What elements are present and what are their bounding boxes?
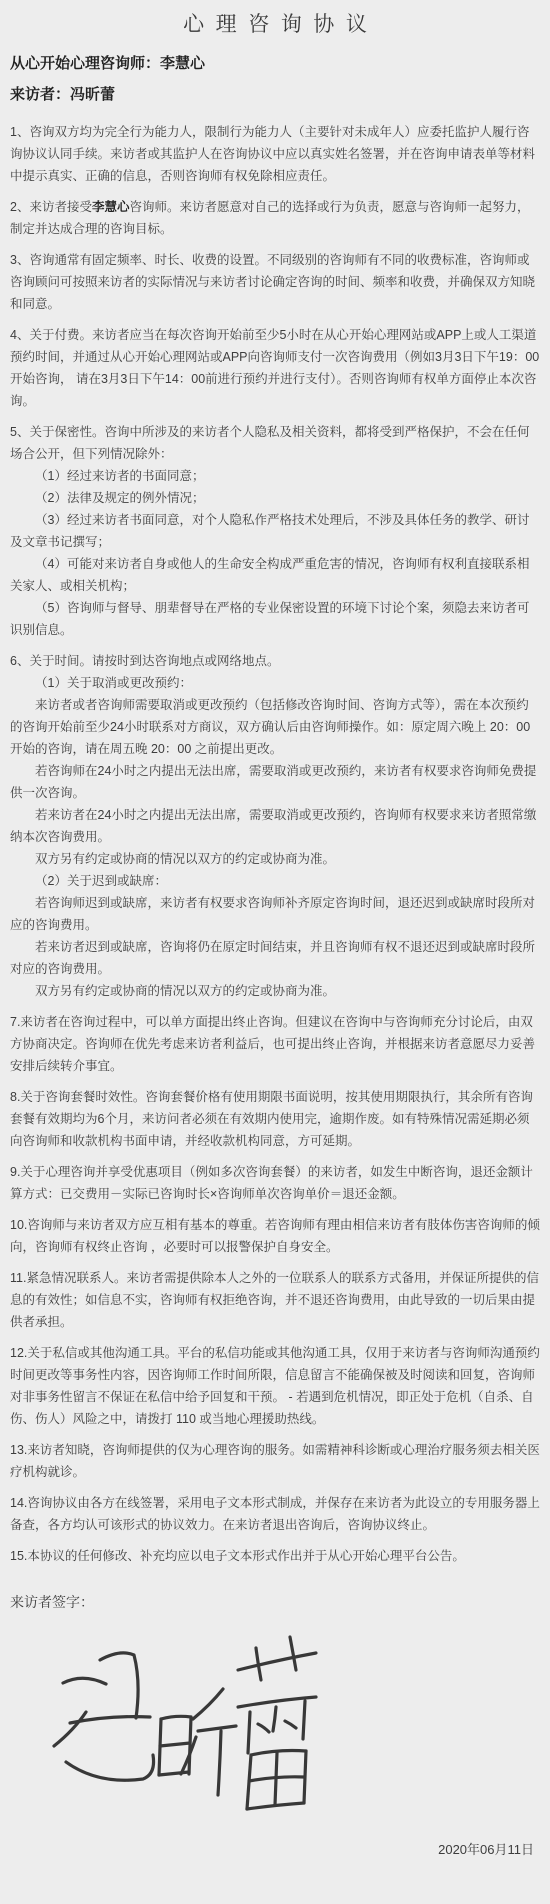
clause-6-sub-2-title: （2）关于迟到或缺席： bbox=[10, 870, 540, 892]
clause-6-sub-2-para-3: 双方另有约定或协商的情况以双方的约定或协商为准。 bbox=[10, 980, 540, 1002]
clause-6-sub-1-para-3: 若来访者在24小时之内提出无法出席，需要取消或更改预约，咨询师有权要求来访者照常… bbox=[10, 804, 540, 848]
clause-5: 5、关于保密性。咨询中所涉及的来访者个人隐私及相关资料，都将受到严格保护，不会在… bbox=[10, 421, 540, 641]
counselor-name-bold: 李慧心 bbox=[92, 200, 130, 214]
clause-6-sub-2-para-2: 若来访者迟到或缺席，咨询将仍在原定时间结束，并且咨询师有权不退还迟到或缺席时段所… bbox=[10, 936, 540, 980]
clause-8: 8.关于咨询套餐时效性。咨询套餐价格有使用期限书面说明，按其使用期限执行，其余所… bbox=[10, 1086, 540, 1152]
clause-2: 2、来访者接受李慧心咨询师。来访者愿意对自己的选择或行为负责，愿意与咨询师一起努… bbox=[10, 196, 540, 240]
clause-14-text: 14.咨询协议由各方在线签署，采用电子文本形式制成，并保存在来访者为此设立的专用… bbox=[10, 1492, 540, 1536]
clause-6-sub-1-para-4: 双方另有约定或协商的情况以双方的约定或协商为准。 bbox=[10, 848, 540, 870]
signature-label: 来访者签字： bbox=[10, 1591, 540, 1613]
clause-4-text: 4、关于付费。来访者应当在每次咨询开始前至少5小时在从心开始心理网站或APP上或… bbox=[10, 324, 540, 412]
clause-10: 10.咨询师与来访者双方应互相有基本的尊重。若咨询师有理由相信来访者有肢体伤害咨… bbox=[10, 1214, 540, 1258]
clause-5-item-3: （3）经过来访者书面同意，对个人隐私作严格技术处理后，不涉及具体任务的教学、研讨… bbox=[10, 509, 540, 553]
clause-15: 15.本协议的任何修改、补充均应以电子文本形式作出并于从心开始心理平台公告。 bbox=[10, 1545, 540, 1567]
signature-date: 2020年06月11日 bbox=[10, 1839, 540, 1861]
clause-6-sub-2-para-1: 若咨询师迟到或缺席，来访者有权要求咨询师补齐原定咨询时间，退还迟到或缺席时段所对… bbox=[10, 892, 540, 936]
clause-5-item-2: （2）法律及规定的例外情况； bbox=[10, 487, 540, 509]
clause-7: 7.来访者在咨询过程中，可以单方面提出终止咨询。但建议在咨询中与咨询师充分讨论后… bbox=[10, 1011, 540, 1077]
client-line: 来访者：冯昕蕾 bbox=[10, 85, 540, 105]
signature-area bbox=[10, 1627, 540, 1833]
parties-section: 从心开始心理咨询师：李慧心 来访者：冯昕蕾 bbox=[10, 54, 540, 105]
clause-8-text: 8.关于咨询套餐时效性。咨询套餐价格有使用期限书面说明，按其使用期限执行，其余所… bbox=[10, 1086, 540, 1152]
clause-5-item-4: （4）可能对来访者自身或他人的生命安全构成严重危害的情况，咨询师有权利直接联系相… bbox=[10, 553, 540, 597]
clause-10-text: 10.咨询师与来访者双方应互相有基本的尊重。若咨询师有理由相信来访者有肢体伤害咨… bbox=[10, 1214, 540, 1258]
clause-11-text: 11.紧急情况联系人。来访者需提供除本人之外的一位联系人的联系方式备用，并保证所… bbox=[10, 1267, 540, 1333]
clause-12-text: 12.关于私信或其他沟通工具。平台的私信功能或其他沟通工具，仅用于来访者与咨询师… bbox=[10, 1342, 540, 1430]
clause-6: 6、关于时间。请按时到达咨询地点或网络地点。 （1）关于取消或更改预约： 来访者… bbox=[10, 650, 540, 1002]
clause-7-text: 7.来访者在咨询过程中，可以单方面提出终止咨询。但建议在咨询中与咨询师充分讨论后… bbox=[10, 1011, 540, 1077]
clause-12: 12.关于私信或其他沟通工具。平台的私信功能或其他沟通工具，仅用于来访者与咨询师… bbox=[10, 1342, 540, 1430]
counselor-line: 从心开始心理咨询师：李慧心 bbox=[10, 54, 540, 74]
clause-4: 4、关于付费。来访者应当在每次咨询开始前至少5小时在从心开始心理网站或APP上或… bbox=[10, 324, 540, 412]
clause-5-item-5: （5）咨询师与督导、朋辈督导在严格的专业保密设置的环境下讨论个案，须隐去来访者可… bbox=[10, 597, 540, 641]
clause-13-text: 13.来访者知晓，咨询师提供的仅为心理咨询的服务。如需精神科诊断或心理治疗服务须… bbox=[10, 1439, 540, 1483]
clause-3: 3、咨询通常有固定频率、时长、收费的设置。不同级别的咨询师有不同的收费标准，咨询… bbox=[10, 249, 540, 315]
clause-11: 11.紧急情况联系人。来访者需提供除本人之外的一位联系人的联系方式备用，并保证所… bbox=[10, 1267, 540, 1333]
clause-3-text: 3、咨询通常有固定频率、时长、收费的设置。不同级别的咨询师有不同的收费标准，咨询… bbox=[10, 249, 540, 315]
agreement-document: 心理咨询协议 从心开始心理咨询师：李慧心 来访者：冯昕蕾 1、咨询双方均为完全行… bbox=[0, 0, 550, 1904]
clause-9-text: 9.关于心理咨询并享受优惠项目（例如多次咨询套餐）的来访者，如发生中断咨询，退还… bbox=[10, 1161, 540, 1205]
clause-15-text: 15.本协议的任何修改、补充均应以电子文本形式作出并于从心开始心理平台公告。 bbox=[10, 1545, 540, 1567]
clause-5-intro: 5、关于保密性。咨询中所涉及的来访者个人隐私及相关资料，都将受到严格保护，不会在… bbox=[10, 421, 540, 465]
client-signature-drawing bbox=[38, 1627, 328, 1823]
clause-13: 13.来访者知晓，咨询师提供的仅为心理咨询的服务。如需精神科诊断或心理治疗服务须… bbox=[10, 1439, 540, 1483]
clause-6-intro: 6、关于时间。请按时到达咨询地点或网络地点。 bbox=[10, 650, 540, 672]
clause-6-sub-1-title: （1）关于取消或更改预约： bbox=[10, 672, 540, 694]
clause-2-text: 2、来访者接受李慧心咨询师。来访者愿意对自己的选择或行为负责，愿意与咨询师一起努… bbox=[10, 196, 540, 240]
clause-6-sub-1-para-1: 来访者或者咨询师需要取消或更改预约（包括修改咨询时间、咨询方式等），需在本次预约… bbox=[10, 694, 540, 760]
clause-14: 14.咨询协议由各方在线签署，采用电子文本形式制成，并保存在来访者为此设立的专用… bbox=[10, 1492, 540, 1536]
page-title: 心理咨询协议 bbox=[10, 14, 540, 36]
clause-1: 1、咨询双方均为完全行为能力人，限制行为能力人（主要针对未成年人）应委托监护人履… bbox=[10, 121, 540, 187]
clause-1-text: 1、咨询双方均为完全行为能力人，限制行为能力人（主要针对未成年人）应委托监护人履… bbox=[10, 121, 540, 187]
clause-5-item-1: （1）经过来访者的书面同意； bbox=[10, 465, 540, 487]
clause-9: 9.关于心理咨询并享受优惠项目（例如多次咨询套餐）的来访者，如发生中断咨询，退还… bbox=[10, 1161, 540, 1205]
clause-2-pre: 2、来访者接受 bbox=[10, 200, 92, 214]
clause-6-sub-1-para-2: 若咨询师在24小时之内提出无法出席，需要取消或更改预约，来访者有权要求咨询师免费… bbox=[10, 760, 540, 804]
